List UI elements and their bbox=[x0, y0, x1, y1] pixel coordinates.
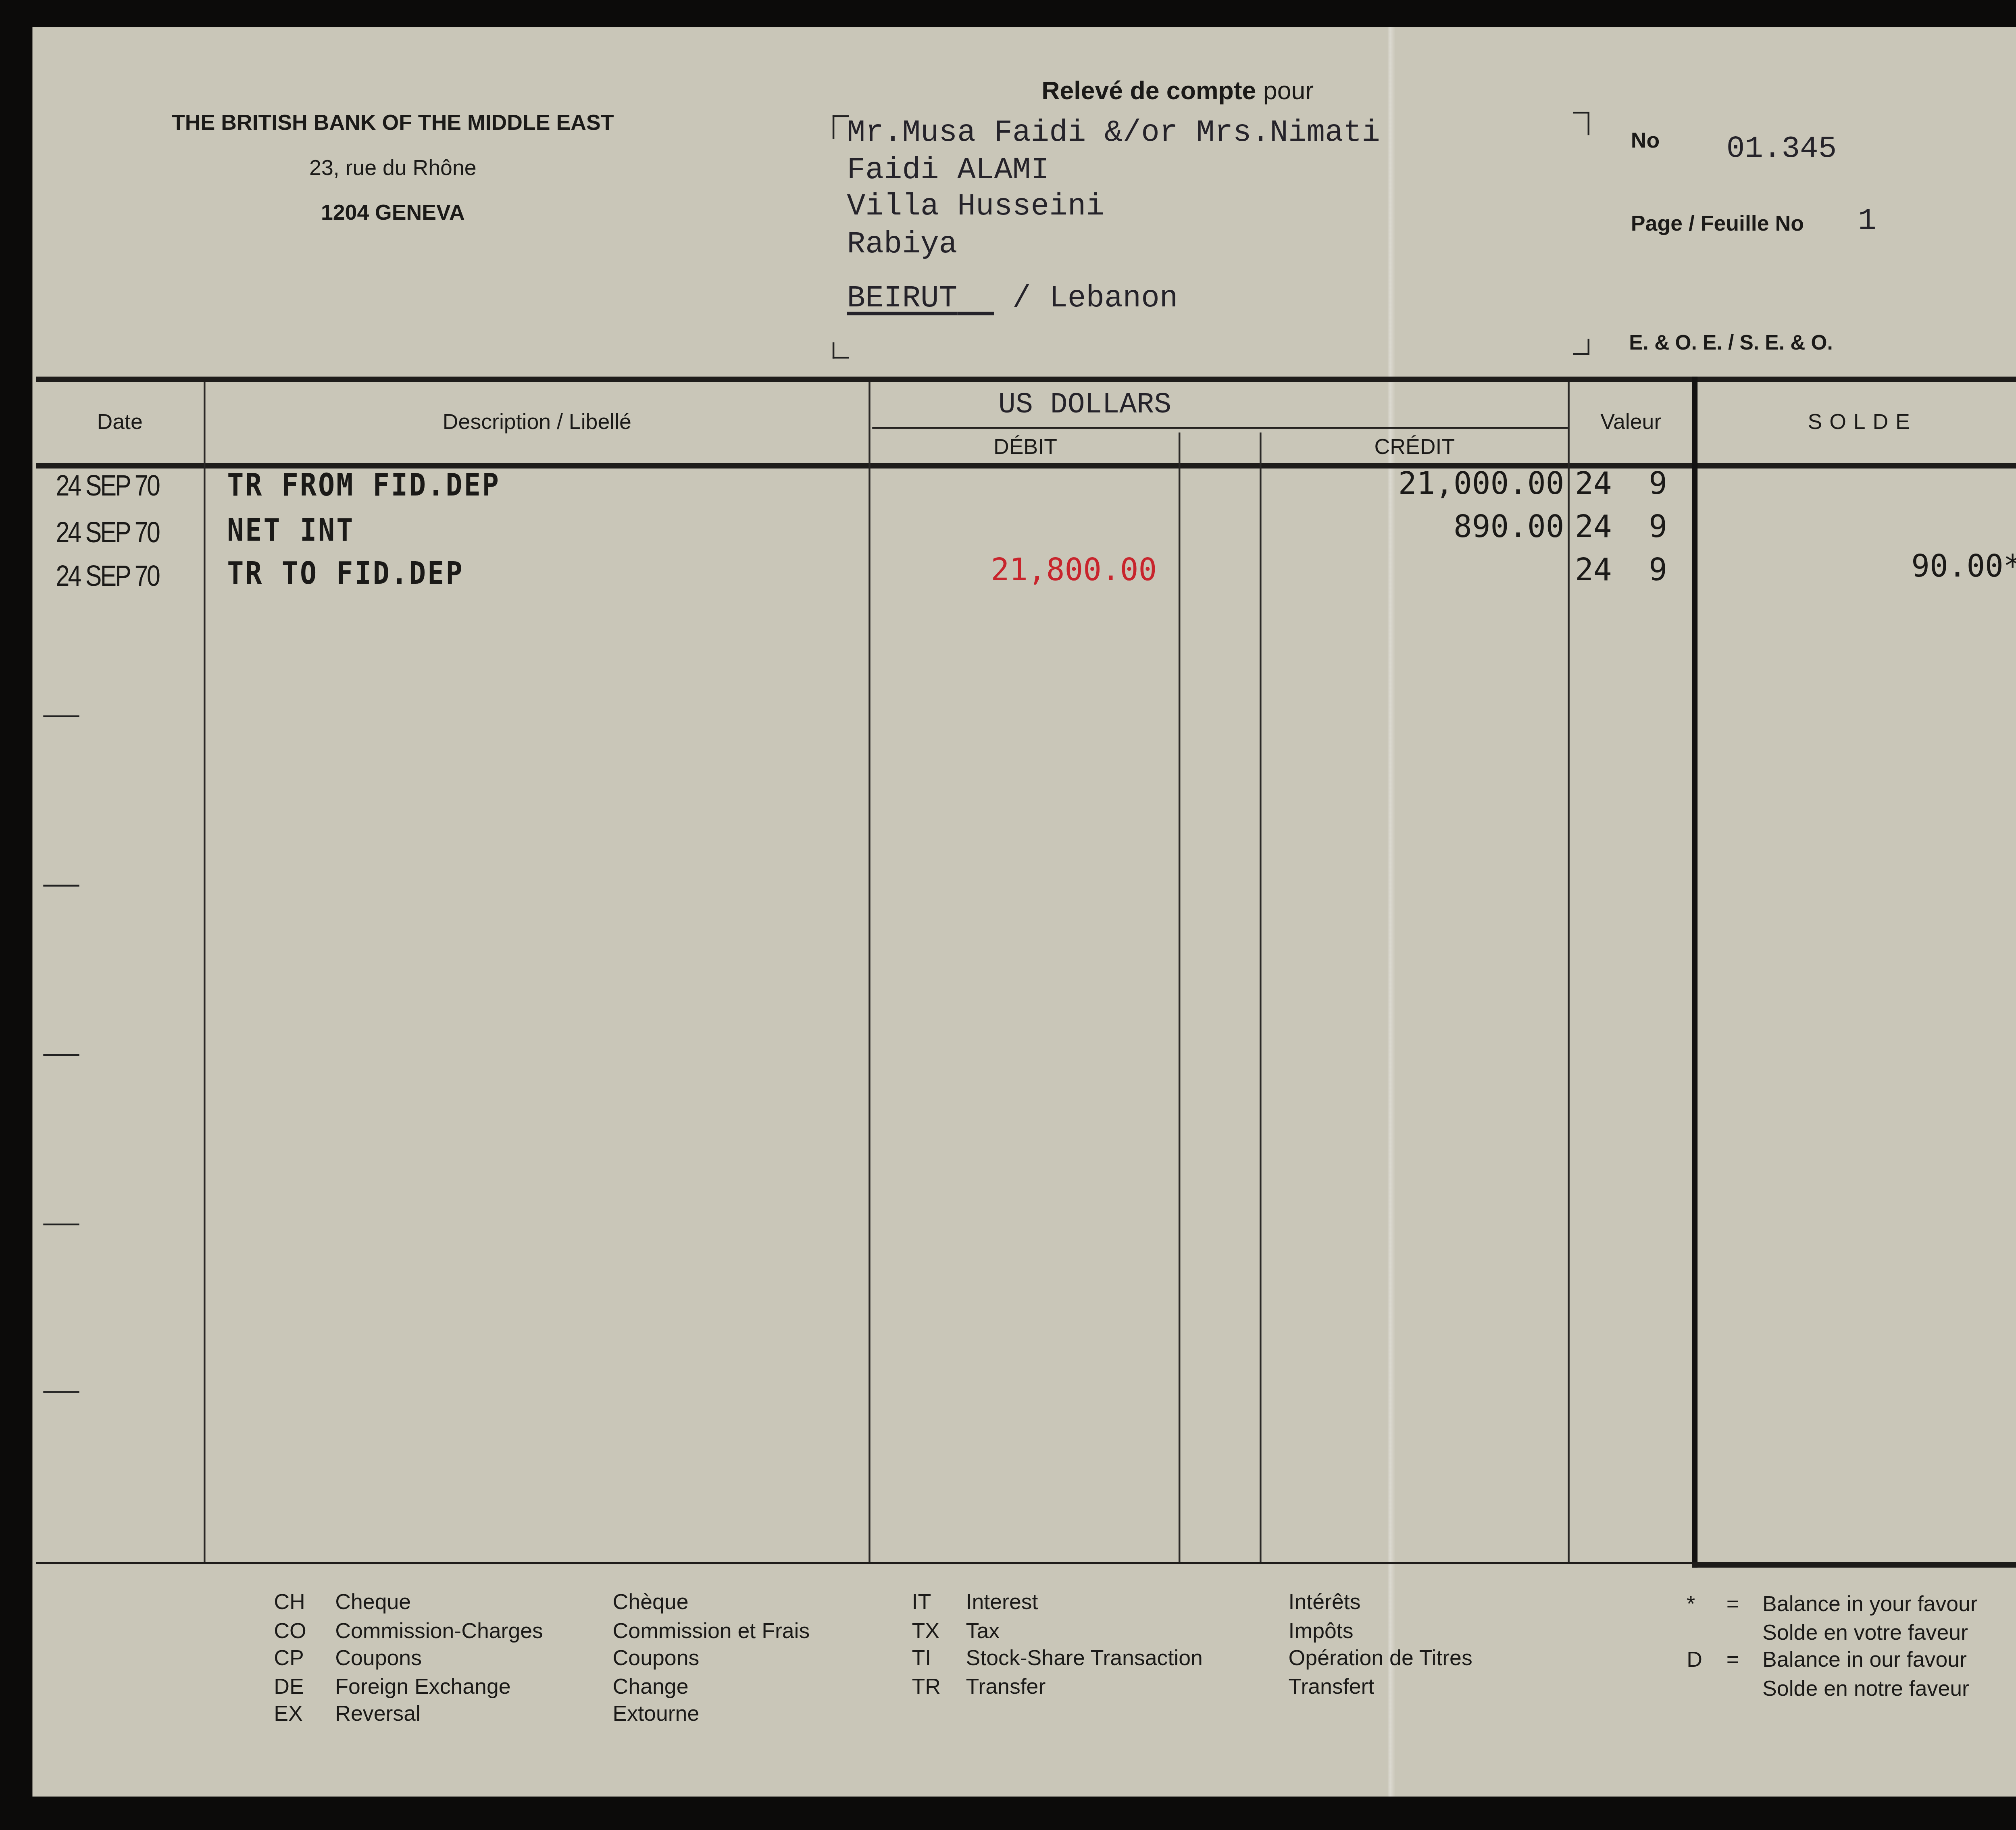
legend-item: EXReversalExtourne bbox=[274, 1702, 810, 1730]
fold-tick bbox=[43, 1391, 79, 1393]
col-divider-debit bbox=[1179, 433, 1180, 1562]
legend-item: TIStock-Share TransactionOpération de Ti… bbox=[912, 1645, 1472, 1674]
row-2-description: NET INT bbox=[227, 514, 354, 550]
row-3-debit: 21,800.00 bbox=[872, 553, 1157, 589]
address-line-3: Villa Husseini bbox=[847, 191, 1104, 228]
col-divider-desc bbox=[868, 382, 870, 1562]
statement-title-bold: Relevé de compte bbox=[1041, 76, 1256, 105]
col-divider-cents bbox=[1260, 433, 1261, 1562]
address-country: Lebanon bbox=[1049, 283, 1178, 317]
col-divider-date bbox=[204, 382, 205, 1562]
bank-street: 23, rue du Rhône bbox=[141, 155, 645, 180]
row-2-valeur: 24 9 bbox=[1575, 510, 1697, 546]
legend-balance: *=Balance in your favour Solde en votre … bbox=[1687, 1591, 1977, 1703]
legend-codes-1: CHChequeChèque COCommission-ChargesCommi… bbox=[274, 1589, 810, 1730]
stage: THE BRITISH BANK OF THE MIDDLE EAST 23, … bbox=[0, 0, 2016, 1830]
address-corner-top-right bbox=[1573, 112, 1589, 135]
header-valeur: Valeur bbox=[1570, 409, 1692, 435]
address-line-4: Rabiya bbox=[847, 229, 958, 266]
address-line-2: Faidi ALAMI bbox=[847, 155, 1050, 192]
legend-item: TRTransferTransfert bbox=[912, 1674, 1472, 1702]
address-corner-bottom-left bbox=[833, 342, 849, 358]
header-bottom-rule bbox=[36, 463, 2016, 468]
row-3-solde: 90.00* bbox=[1697, 550, 2016, 585]
row-3-valeur: 24 9 bbox=[1575, 553, 1697, 589]
address-corner-bottom-right bbox=[1573, 339, 1589, 355]
header-debit: DÉBIT bbox=[872, 434, 1179, 460]
page-value: 1 bbox=[1858, 206, 1876, 240]
row-1-description: TR FROM FID.DEP bbox=[227, 468, 500, 504]
account-no-label: No bbox=[1631, 128, 1660, 153]
legend-item: DEForeign ExchangeChange bbox=[274, 1674, 810, 1702]
address-sep: / bbox=[994, 283, 1049, 317]
fold-tick bbox=[43, 715, 79, 717]
legend-item: ITInterestIntérêts bbox=[912, 1589, 1472, 1618]
bank-city: 1204 GENEVA bbox=[141, 200, 645, 225]
legend-balance-debit: D=Balance in our favour bbox=[1687, 1647, 1977, 1676]
statement-title: Relevé de compte pour bbox=[1041, 76, 1492, 105]
address-line-1: Mr.Musa Faidi &/or Mrs.Nimati bbox=[847, 117, 1380, 154]
account-no-value: 01.345 bbox=[1727, 133, 1837, 168]
legend-codes-2: ITInterestIntérêts TXTaxImpôts TIStock-S… bbox=[912, 1589, 1472, 1702]
legend-item: CPCouponsCoupons bbox=[274, 1645, 810, 1674]
header-currency: US DOLLARS bbox=[872, 389, 1297, 421]
row-2-credit: 890.00 bbox=[1262, 510, 1564, 546]
row-1-credit: 21,000.00 bbox=[1262, 467, 1564, 503]
address-corner-top-left bbox=[833, 115, 849, 139]
fold-tick bbox=[43, 1054, 79, 1056]
legend-item: COCommission-ChargesCommission et Frais bbox=[274, 1618, 810, 1646]
bank-name: THE BRITISH BANK OF THE MIDDLE EAST bbox=[141, 110, 645, 135]
row-1-date: 24 SEP 70 bbox=[56, 472, 159, 504]
table-top-rule bbox=[36, 377, 2016, 382]
legend-balance-debit-fr: Solde en notre faveur bbox=[1687, 1676, 1977, 1704]
address-city: BEIRUT bbox=[847, 283, 958, 317]
legend-balance-credit-fr: Solde en votre faveur bbox=[1687, 1619, 1977, 1647]
row-3-description: TR TO FID.DEP bbox=[227, 557, 464, 593]
address-city-line: BEIRUT / Lebanon bbox=[847, 283, 1178, 320]
usd-subheader-rule bbox=[872, 427, 1568, 429]
header-solde: SOLDE bbox=[1697, 409, 2016, 435]
page-label: Page / Feuille No bbox=[1631, 211, 1804, 236]
eoe-disclaimer: E. & O. E. / S. E. & O. bbox=[1629, 333, 1833, 355]
fold-tick bbox=[43, 885, 79, 886]
fold-tick bbox=[43, 1224, 79, 1225]
header-description: Description / Libellé bbox=[206, 409, 869, 435]
solde-box-bottom bbox=[1692, 1562, 2016, 1568]
bank-statement-sheet: THE BRITISH BANK OF THE MIDDLE EAST 23, … bbox=[32, 27, 2016, 1797]
row-3-date: 24 SEP 70 bbox=[56, 562, 159, 594]
col-divider-credit bbox=[1568, 382, 1569, 1562]
legend-balance-credit: *=Balance in your favour bbox=[1687, 1591, 1977, 1619]
row-2-date: 24 SEP 70 bbox=[56, 519, 159, 551]
header-credit: CRÉDIT bbox=[1262, 434, 1568, 460]
header-date: Date bbox=[36, 409, 204, 435]
statement-title-rest: pour bbox=[1256, 76, 1314, 105]
legend-item: CHChequeChèque bbox=[274, 1589, 810, 1618]
row-1-valeur: 24 9 bbox=[1575, 467, 1697, 503]
legend-item: TXTaxImpôts bbox=[912, 1618, 1472, 1646]
